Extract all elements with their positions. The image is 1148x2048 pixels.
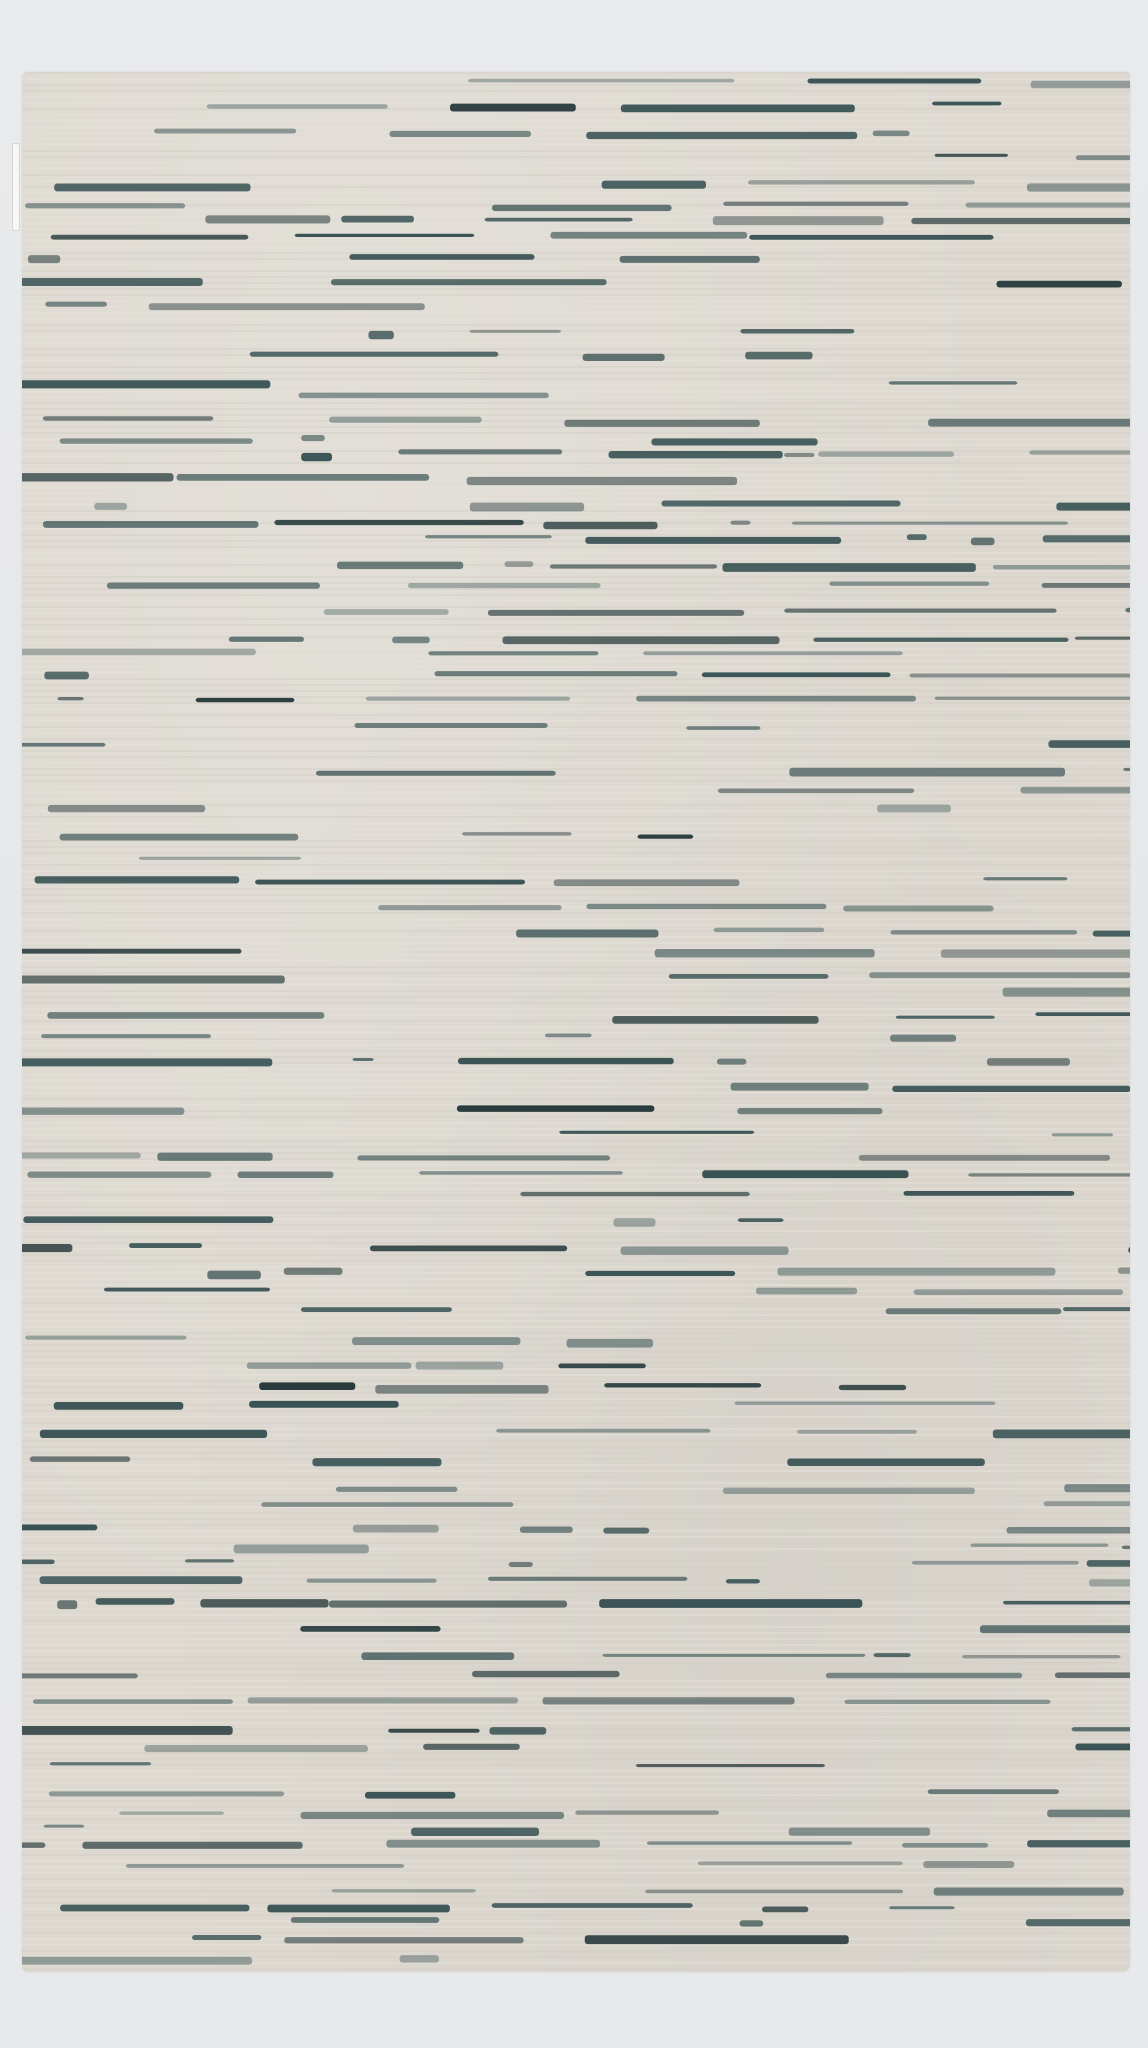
rug <box>22 72 1130 1972</box>
rug-label-tag <box>12 143 20 231</box>
photo-scene <box>0 0 1148 2048</box>
rug-streak-pattern <box>22 72 1130 1972</box>
